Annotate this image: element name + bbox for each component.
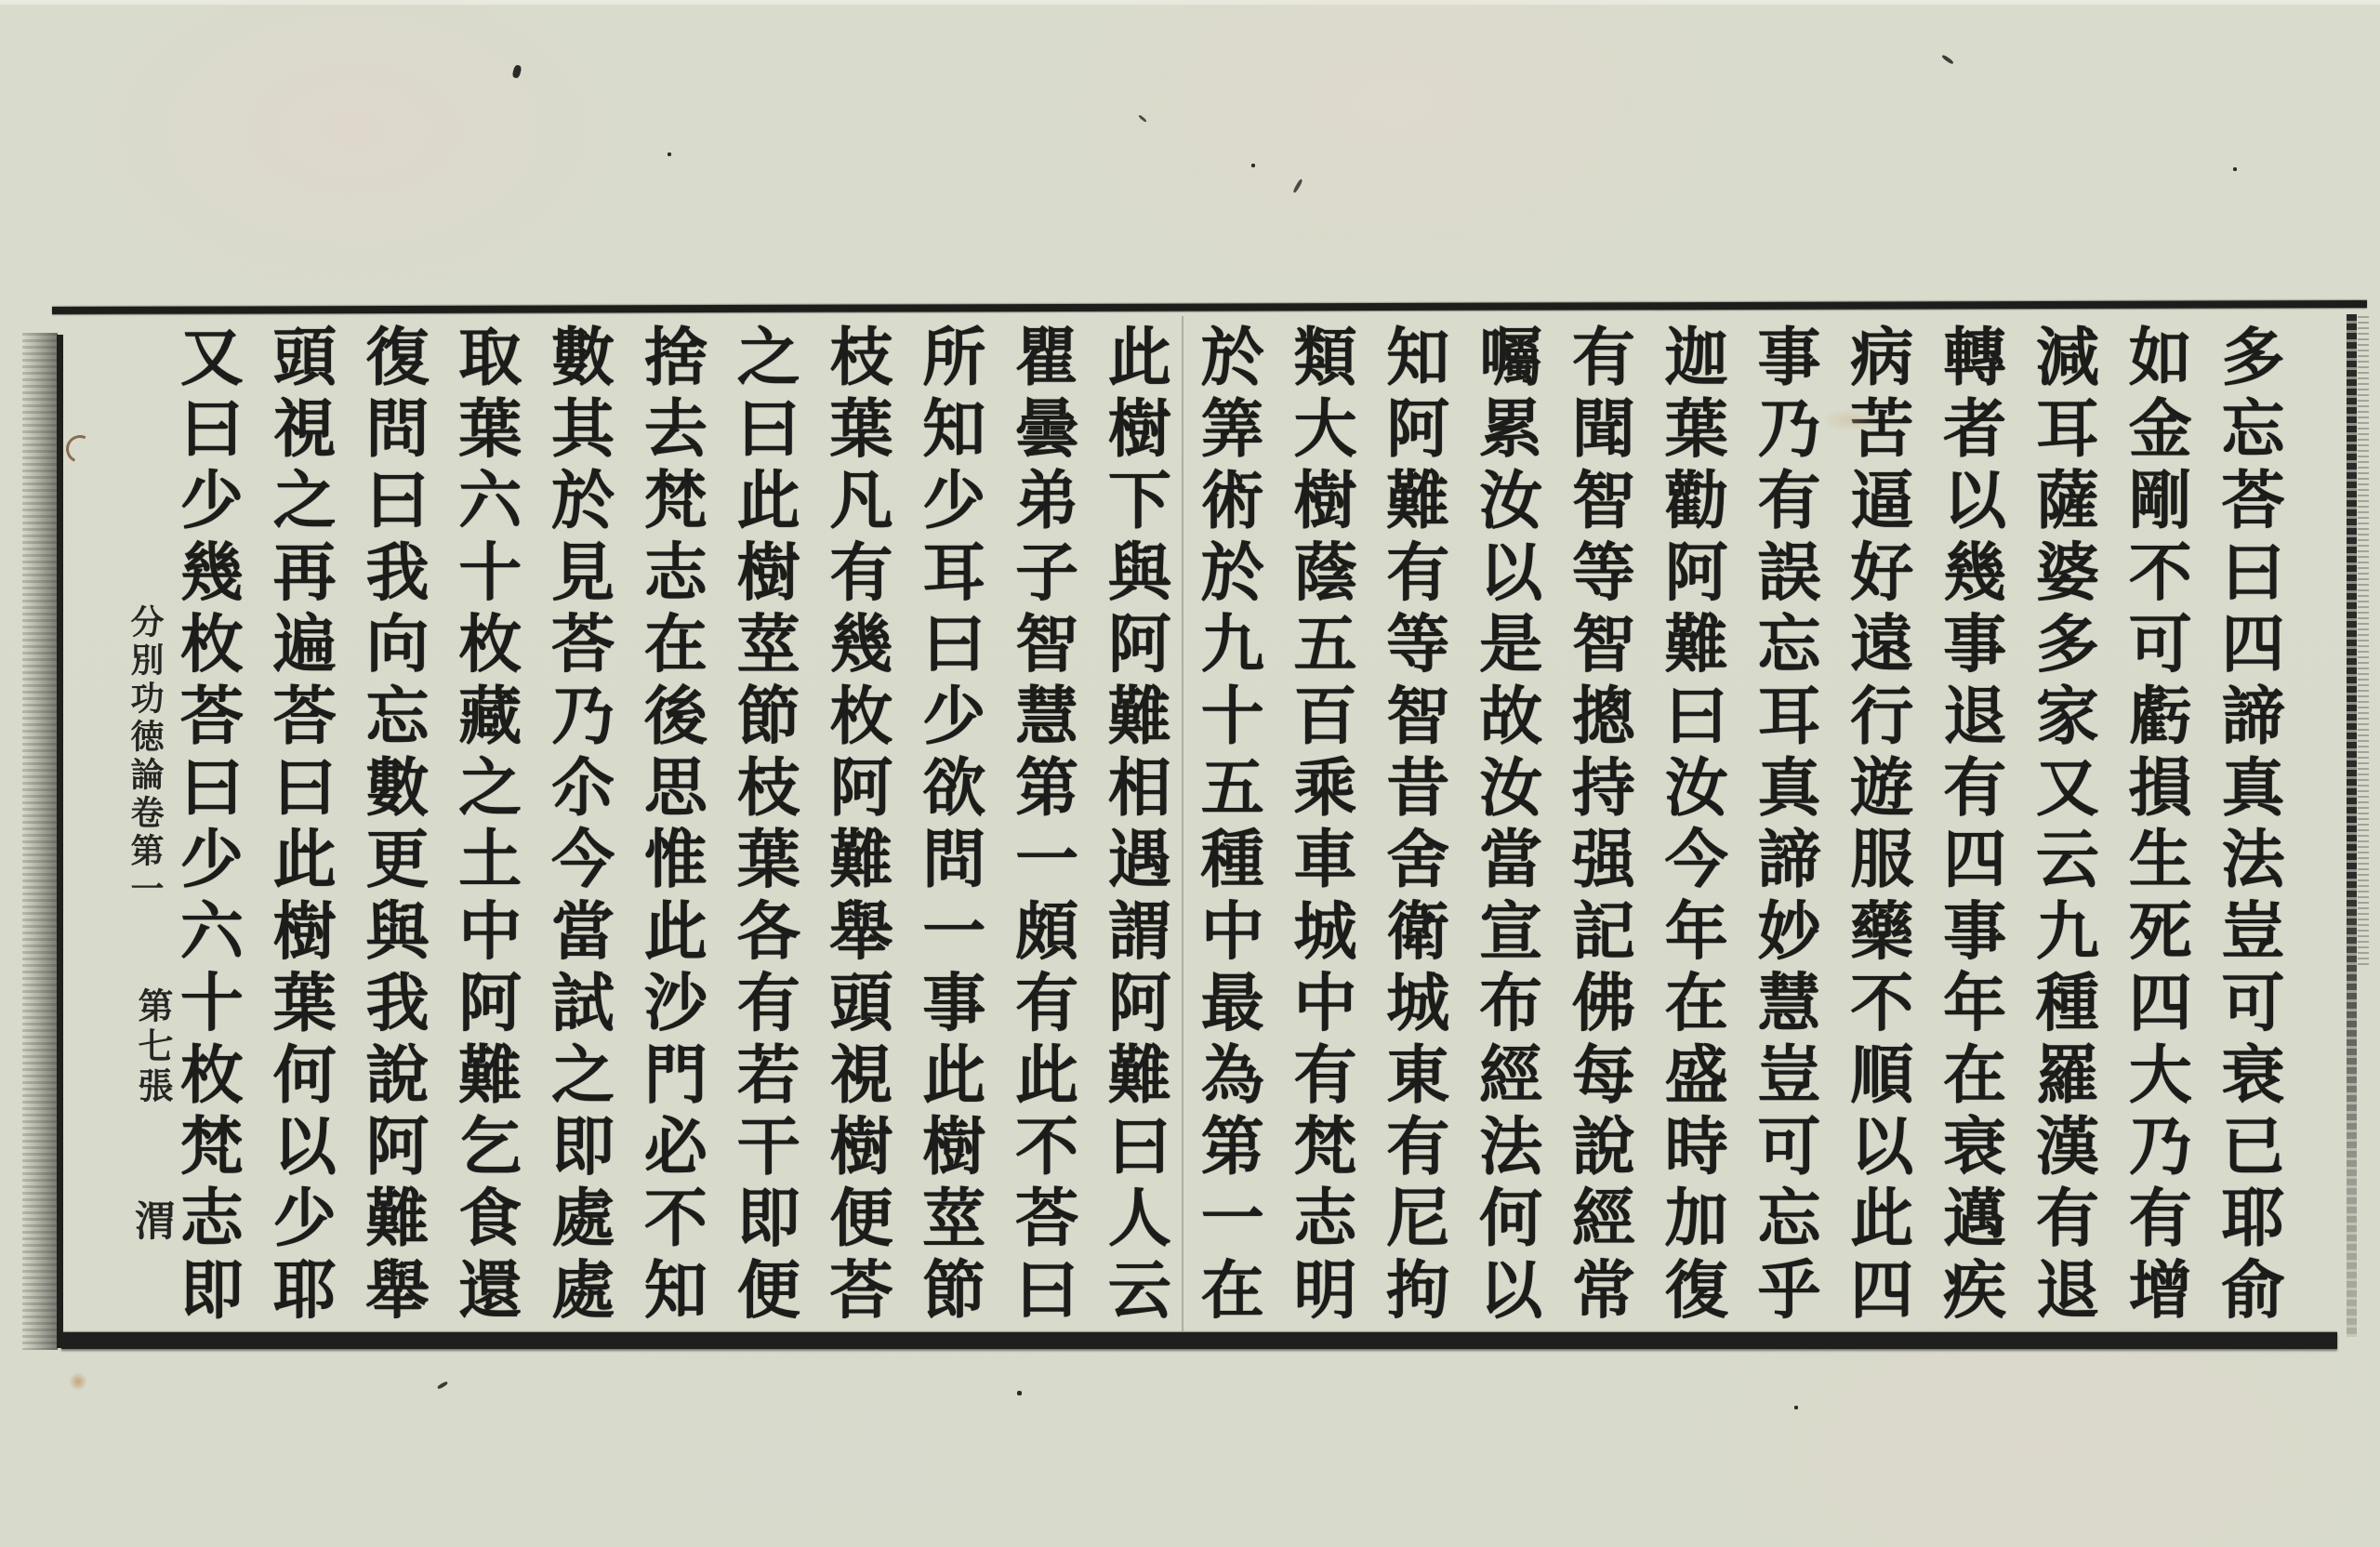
frame-bottom-border [61,1332,2337,1349]
ink-speck [668,152,671,156]
center-fold-line [1182,316,1183,1331]
frame-right-hatching [2358,316,2369,967]
tan-stain [69,1372,87,1391]
text-column: 如金剛不可虧損生死四大乃有增 [2123,324,2187,1328]
text-column: 此樹下與阿難相遇謂阿難曰人云 [1103,324,1166,1328]
frame-left-border [57,335,63,1348]
text-column: 類大樹蔭五百乘車城中有梵志明 [1289,324,1352,1328]
text-column: 有聞智等智摠持强記佛每說經常 [1567,324,1630,1328]
ink-speck [511,64,522,79]
ink-speck [1138,114,1147,123]
scanned-page: 多忘荅曰四諦真法豈可衰已耶俞 如金剛不可虧損生死四大乃有增 減耳薩婆多家又云九種… [0,0,2380,1547]
margin-title: 分別功徳論卷第一 [128,604,162,909]
brown-arc-stain [62,431,98,467]
leaf-number-label: 第七張 [135,987,170,1107]
text-column: 捨去梵志在後思惟此沙門必不知 [639,324,702,1328]
text-column: 頭視之再遍荅曰此樹葉何以少耶 [268,324,331,1328]
text-column: 減耳薩婆多家又云九種羅漢有退 [2030,324,2094,1328]
text-column: 枝葉凡有幾枚阿難舉頭視樹便荅 [825,324,888,1328]
ink-speck [2233,167,2237,171]
text-column: 瞿曇弟子智慧第一頗有此不荅曰 [1011,324,1074,1328]
ink-speck [1251,164,1255,167]
text-column: 之曰此樹莖節枝葉各有若干即便 [732,324,795,1328]
text-column: 事乃有誤忘耳真諦妙慧豈可忘乎 [1752,324,1816,1328]
frame-top-border [52,300,2367,314]
ink-speck [1017,1391,1022,1395]
text-column: 於筭術於九十五種中最為第一在 [1196,324,1259,1328]
text-column: 又曰少幾枚荅曰少六十枚梵志即 [175,324,238,1328]
tan-stain [1822,409,1878,431]
text-column: 轉者以幾事退有四事年在衰邁疾 [1938,324,2002,1328]
text-column: 多忘荅曰四諦真法豈可衰已耶俞 [2216,324,2280,1328]
frame-right-border [2347,314,2357,1337]
carver-mark: 渭 [130,1199,171,1240]
text-column: 囑累汝以是故汝當宣布經法何以 [1474,324,1538,1328]
text-column: 取葉六十枚藏之土中阿難乞食還 [454,324,517,1328]
ink-speck [1794,1406,1798,1409]
text-column: 迦葉勸阿難曰汝今年在盛時加復 [1659,324,1723,1328]
ink-speck [437,1381,448,1389]
text-column: 復問曰我向忘數更與我說阿難舉 [361,324,424,1328]
ink-speck [1941,54,1954,64]
text-column: 數其於見荅乃尒今當試之即處處 [547,324,610,1328]
text-column: 病苦逼好遠行遊服藥不順以此四 [1845,324,1909,1328]
frame-left-ink-smudge [22,333,58,1350]
text-column: 知阿難有等智昔舍衛城東有尼拘 [1382,324,1445,1328]
ink-speck [1292,178,1302,193]
text-column: 所知少耳曰少欲問一事此樹莖節 [918,324,981,1328]
